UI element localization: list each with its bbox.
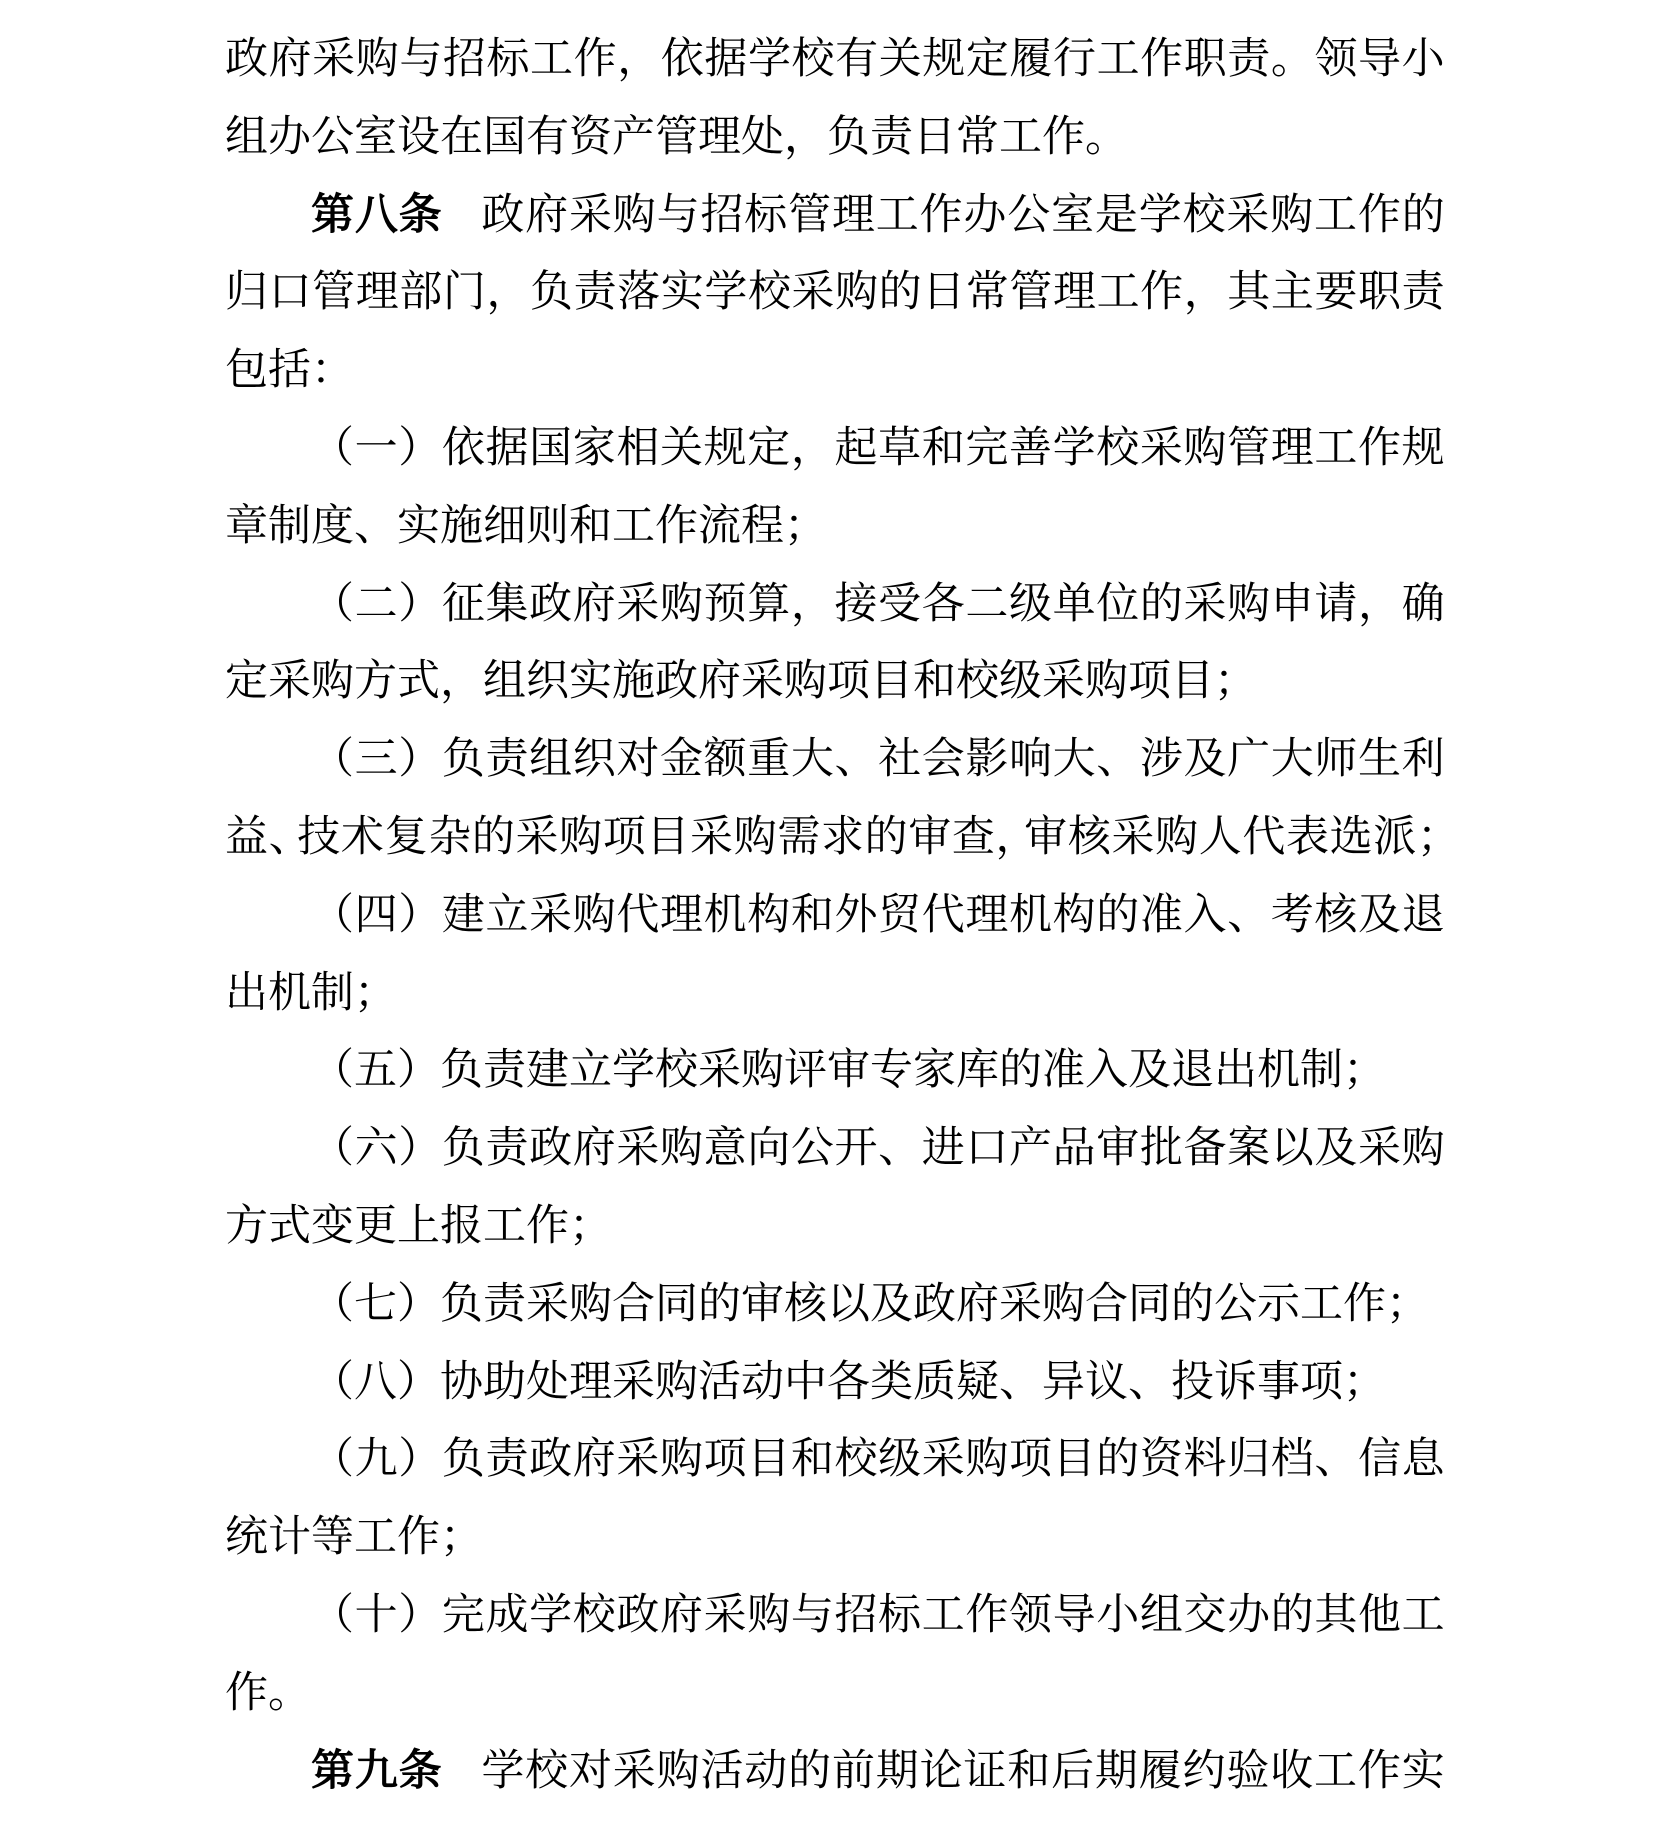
text-char: 定 xyxy=(966,21,1009,99)
text-char: 作 xyxy=(920,177,963,255)
text-char: 购 xyxy=(784,643,827,721)
text-char: 作 xyxy=(1358,1733,1401,1811)
text-char: 校 xyxy=(792,21,835,99)
text-line: （五）负责建立学校采购评审专家库的准入及退出机制； xyxy=(225,1032,1445,1110)
text-line: （十）完成学校政府采购与招标工作领导小组交办的其他工 xyxy=(225,1577,1445,1655)
text-char: 征 xyxy=(442,566,485,644)
text-char: 出 xyxy=(225,955,268,1033)
text-char: 则 xyxy=(526,488,569,566)
text-char: 。 xyxy=(268,1655,311,1733)
text-char: 学 xyxy=(529,1577,572,1655)
text-char: ， xyxy=(440,643,483,721)
text-char: 工 xyxy=(1097,254,1140,332)
text-char: 审 xyxy=(741,1266,784,1344)
text-char: 工 xyxy=(530,21,573,99)
text-char: 等 xyxy=(311,1499,354,1577)
text-char: ， xyxy=(1184,254,1227,332)
text-char: 行 xyxy=(1053,21,1096,99)
text-char: 公 xyxy=(1007,177,1050,255)
text-char: ； xyxy=(1386,1266,1429,1344)
text-char: ， xyxy=(486,254,529,332)
text-char: 作 xyxy=(225,1655,268,1733)
text-char: 、 xyxy=(269,799,297,877)
text-char: 作 xyxy=(1140,21,1183,99)
text-char: 作 xyxy=(1042,99,1085,177)
text-char: 公 xyxy=(791,1110,834,1188)
text-char: 利 xyxy=(1402,721,1445,799)
text-char: 括 xyxy=(268,332,311,410)
text-char: 类 xyxy=(870,1344,913,1422)
text-char: 的 xyxy=(999,1032,1042,1110)
text-char: 机 xyxy=(704,877,747,955)
text-char: 作 xyxy=(965,1577,1008,1655)
text-char: 作 xyxy=(574,21,617,99)
text-char: 校 xyxy=(573,1577,616,1655)
text-char: 小 xyxy=(1402,21,1445,99)
text-char: 位 xyxy=(1096,566,1139,644)
text-char: 备 xyxy=(1184,1110,1227,1188)
text-char: 大 xyxy=(1271,721,1314,799)
text-char: 七 xyxy=(354,1266,397,1344)
text-char: 关 xyxy=(879,21,922,99)
text-char: 购 xyxy=(569,1266,612,1344)
text-char: 理 xyxy=(660,877,703,955)
text-char: 确 xyxy=(1402,566,1445,644)
text-char: （ xyxy=(311,1577,354,1655)
text-char: 相 xyxy=(616,410,659,488)
text-char: 工 xyxy=(483,1188,526,1266)
text-char: 管 xyxy=(1227,410,1270,488)
text-char: 的 xyxy=(698,1266,741,1344)
text-char: 四 xyxy=(355,877,398,955)
text-char: 据 xyxy=(486,410,529,488)
text-char: 开 xyxy=(835,1110,878,1188)
text-char: ） xyxy=(397,1032,440,1110)
text-char: 审 xyxy=(908,799,951,877)
text-char: 信 xyxy=(1358,1421,1401,1499)
text-char: 证 xyxy=(963,1733,1006,1811)
text-char: 校 xyxy=(655,1032,698,1110)
text-char: 上 xyxy=(397,1188,440,1266)
text-char: ； xyxy=(1417,799,1445,877)
text-char: 核 xyxy=(1314,877,1357,955)
text-char: 各 xyxy=(827,1344,870,1422)
text-line: 政府采购与招标工作，依据学校有关规定履行工作职责。领导小 xyxy=(225,21,1445,99)
text-char: 理 xyxy=(698,99,741,177)
text-char: 政 xyxy=(225,21,268,99)
text-char: 府 xyxy=(956,1266,999,1344)
text-char: 理 xyxy=(965,877,1008,955)
text-char: 术 xyxy=(341,799,384,877)
text-char: 履 xyxy=(1139,1733,1182,1811)
text-char: 的 xyxy=(788,1733,831,1811)
text-char: 及 xyxy=(870,1266,913,1344)
text-char: 日 xyxy=(922,254,965,332)
text-char: 度 xyxy=(311,488,354,566)
text-char: 完 xyxy=(442,1577,485,1655)
text-char: 领 xyxy=(1009,1577,1052,1655)
text-char: （ xyxy=(311,1266,354,1344)
text-char: 八 xyxy=(354,1344,397,1422)
text-char: 职 xyxy=(1184,21,1227,99)
text-char: 办 xyxy=(268,99,311,177)
text-char: 项 xyxy=(827,643,870,721)
text-char: 门 xyxy=(443,254,486,332)
text-char: ） xyxy=(398,1421,441,1499)
text-char: （ xyxy=(311,1344,354,1422)
text-char: 的 xyxy=(1271,1577,1314,1655)
text-char: 国 xyxy=(529,410,572,488)
text-line: 归口管理部门，负责落实学校采购的日常管理工作，其主要职责 xyxy=(225,254,1445,332)
text-char: ； xyxy=(784,488,827,566)
text-line: 章制度、实施细则和工作流程； xyxy=(225,488,1445,566)
document-page: 政府采购与招标工作，依据学校有关规定履行工作职责。领导小组办公室设在国有资产管理… xyxy=(0,0,1654,1844)
text-char: 学 xyxy=(1139,177,1182,255)
text-char: 理 xyxy=(1053,254,1096,332)
text-char: 责 xyxy=(483,1266,526,1344)
text-char: 验 xyxy=(1226,1733,1269,1811)
text-char: 受 xyxy=(878,566,921,644)
text-char: 审 xyxy=(1096,1110,1139,1188)
text-char: 额 xyxy=(704,721,747,799)
text-char: 作 xyxy=(1358,177,1401,255)
text-char: 进 xyxy=(922,1110,965,1188)
text-char: 政 xyxy=(616,1577,659,1655)
text-char: 管 xyxy=(312,254,355,332)
text-char: （ xyxy=(311,410,354,488)
text-char: 、 xyxy=(878,1110,921,1188)
text-char: 口 xyxy=(269,254,312,332)
text-char: 大 xyxy=(791,721,834,799)
text-char: 工 xyxy=(354,1499,397,1577)
text-char: 以 xyxy=(1271,1110,1314,1188)
text-char: 管 xyxy=(1009,254,1052,332)
text-char: 章 xyxy=(225,488,268,566)
article-heading-char: 八 xyxy=(355,177,398,255)
text-char: 资 xyxy=(569,99,612,177)
text-char: 意 xyxy=(704,1110,747,1188)
text-char: 他 xyxy=(1358,1577,1401,1655)
text-char: ） xyxy=(398,1110,441,1188)
text-char: 产 xyxy=(612,99,655,177)
text-char: 统 xyxy=(225,1499,268,1577)
text-line: 益、技术复杂的采购项目采购需求的审查，审核采购人代表选派； xyxy=(225,799,1445,877)
text-char: 流 xyxy=(698,488,741,566)
text-char: 采 xyxy=(616,1421,659,1499)
text-char: 质 xyxy=(913,1344,956,1422)
text-char: 施 xyxy=(612,643,655,721)
text-char: 负 xyxy=(440,1032,483,1110)
text-char: 作 xyxy=(1140,254,1183,332)
text-char: 中 xyxy=(784,1344,827,1422)
text-char: 工 xyxy=(1300,1266,1343,1344)
text-char: 考 xyxy=(1271,877,1314,955)
text-line: 组办公室设在国有资产管理处，负责日常工作。 xyxy=(225,99,1445,177)
text-char: 准 xyxy=(1042,1032,1085,1110)
text-char: 织 xyxy=(573,721,616,799)
text-char: 和 xyxy=(1007,1733,1050,1811)
text-char: 职 xyxy=(1358,254,1401,332)
text-char: 和 xyxy=(913,643,956,721)
text-char: 责 xyxy=(483,1032,526,1110)
text-char: ， xyxy=(791,410,834,488)
text-char: 申 xyxy=(1271,566,1314,644)
text-char: 的 xyxy=(1140,566,1183,644)
text-char: 级 xyxy=(878,1421,921,1499)
text-char: 采 xyxy=(690,799,733,877)
text-line: 包括： xyxy=(225,332,1445,410)
text-char: 购 xyxy=(660,1110,703,1188)
text-char: 归 xyxy=(225,254,268,332)
text-char: 政 xyxy=(655,643,698,721)
text-char: 请 xyxy=(1314,566,1357,644)
text-char: 规 xyxy=(704,410,747,488)
text-char: 同 xyxy=(655,1266,698,1344)
text-char: 和 xyxy=(922,410,965,488)
text-char: 级 xyxy=(1009,566,1052,644)
text-char: 方 xyxy=(225,1188,268,1266)
text-char: 采 xyxy=(1358,1110,1401,1188)
text-char: 退 xyxy=(1402,877,1445,955)
text-char: 府 xyxy=(269,21,312,99)
text-char: 的 xyxy=(1096,877,1139,955)
text-char: 十 xyxy=(355,1577,398,1655)
text-char: 政 xyxy=(913,1266,956,1344)
text-char: 项 xyxy=(1009,1421,1052,1499)
text-char: 目 xyxy=(646,799,689,877)
text-char: 府 xyxy=(660,1577,703,1655)
text-char: 库 xyxy=(956,1032,999,1110)
text-line: （八）协助处理采购活动中各类质疑、异议、投诉事项； xyxy=(225,1344,1445,1422)
text-char: 变 xyxy=(311,1188,354,1266)
text-char: （ xyxy=(311,877,354,955)
text-char: 领 xyxy=(1314,21,1357,99)
text-char: 立 xyxy=(486,877,529,955)
text-char: 与 xyxy=(657,177,700,255)
text-char: 代 xyxy=(616,877,659,955)
text-char: 公 xyxy=(311,99,354,177)
text-char: 规 xyxy=(1402,410,1445,488)
text-char: 组 xyxy=(483,643,526,721)
text-char: 约 xyxy=(1183,1733,1226,1811)
text-char: 和 xyxy=(569,488,612,566)
text-line: 第九条学校对采购活动的前期论证和后期履约验收工作实 xyxy=(225,1733,1445,1811)
document-body: 政府采购与招标工作，依据学校有关规定履行工作职责。领导小组办公室设在国有资产管理… xyxy=(225,21,1445,1810)
text-char: 校 xyxy=(835,1421,878,1499)
text-char: 同 xyxy=(1128,1266,1171,1344)
text-char: 各 xyxy=(922,566,965,644)
text-char: 标 xyxy=(744,177,787,255)
text-char: 有 xyxy=(526,99,569,177)
text-char: （ xyxy=(311,721,354,799)
text-char: 作 xyxy=(526,1188,569,1266)
text-char: 师 xyxy=(1314,721,1357,799)
text-char: 包 xyxy=(225,332,268,410)
text-char: 小 xyxy=(1096,1577,1139,1655)
text-char: 采 xyxy=(312,21,355,99)
text-char: 的 xyxy=(879,254,922,332)
text-char: 响 xyxy=(1009,721,1052,799)
article-heading-char: 第 xyxy=(311,177,354,255)
text-char: 目 xyxy=(747,1421,790,1499)
text-char: 后 xyxy=(1051,1733,1094,1811)
text-char: 的 xyxy=(1171,1266,1214,1344)
text-char: 建 xyxy=(526,1032,569,1110)
text-char: 负 xyxy=(827,99,870,177)
text-char: （ xyxy=(311,1421,354,1499)
text-char: 复 xyxy=(385,799,428,877)
text-char: 协 xyxy=(440,1344,483,1422)
text-char: 室 xyxy=(354,99,397,177)
text-char: 专 xyxy=(870,1032,913,1110)
text-char: 日 xyxy=(913,99,956,177)
text-char: ： xyxy=(311,332,354,410)
text-char: ） xyxy=(398,877,441,955)
text-char: ） xyxy=(397,1266,440,1344)
text-char: 代 xyxy=(922,877,965,955)
text-char: 社 xyxy=(878,721,921,799)
text-char: 作 xyxy=(1343,1266,1386,1344)
text-char: 采 xyxy=(1111,799,1154,877)
text-char: 式 xyxy=(397,643,440,721)
text-char: 对 xyxy=(616,721,659,799)
text-char: ， xyxy=(1358,566,1401,644)
text-char: 和 xyxy=(791,1421,834,1499)
text-char: 论 xyxy=(920,1733,963,1811)
text-char: 核 xyxy=(1068,799,1111,877)
text-char: 程 xyxy=(741,488,784,566)
text-char: 项 xyxy=(1300,1344,1343,1422)
text-line: 作。 xyxy=(225,1655,1445,1733)
text-char: 责 xyxy=(870,99,913,177)
text-line: （六）负责政府采购意向公开、进口产品审批备案以及采购 xyxy=(225,1110,1445,1188)
text-char: 及 xyxy=(1358,877,1401,955)
text-char: 实 xyxy=(661,254,704,332)
text-char: 责 xyxy=(486,1421,529,1499)
text-char: 管 xyxy=(655,99,698,177)
text-char: 级 xyxy=(999,643,1042,721)
text-char: （ xyxy=(311,1110,354,1188)
text-char: 制 xyxy=(268,488,311,566)
text-char: 诉 xyxy=(1214,1344,1257,1422)
text-char: 二 xyxy=(355,566,398,644)
text-char: 审 xyxy=(1024,799,1067,877)
text-char: 购 xyxy=(660,566,703,644)
text-char: 采 xyxy=(569,177,612,255)
text-char: 采 xyxy=(616,1110,659,1188)
text-char: 广 xyxy=(1227,721,1270,799)
text-char: 草 xyxy=(878,410,921,488)
text-char: 工 xyxy=(876,177,919,255)
text-char: 常 xyxy=(966,254,1009,332)
text-char: 益 xyxy=(225,799,268,877)
text-char: 口 xyxy=(965,1110,1008,1188)
text-char: ； xyxy=(569,1188,612,1266)
text-char: 责 xyxy=(1402,254,1445,332)
text-char: 导 xyxy=(1053,1577,1096,1655)
text-char: 主 xyxy=(1271,254,1314,332)
text-char: 五 xyxy=(354,1032,397,1110)
text-char: 国 xyxy=(483,99,526,177)
text-char: 工 xyxy=(1314,177,1357,255)
text-char: 部 xyxy=(399,254,442,332)
text-line: （七）负责采购合同的审核以及政府采购合同的公示工作； xyxy=(225,1266,1445,1344)
text-char: 购 xyxy=(356,21,399,99)
text-char: 求 xyxy=(821,799,864,877)
text-char: 校 xyxy=(1096,410,1139,488)
text-char: 购 xyxy=(655,1344,698,1422)
text-char: 招 xyxy=(443,21,486,99)
text-char: 关 xyxy=(660,410,703,488)
text-char: 理 xyxy=(832,177,875,255)
text-char: 购 xyxy=(1227,566,1270,644)
text-char: 购 xyxy=(573,877,616,955)
text-char: 工 xyxy=(1402,1577,1445,1655)
text-char: （ xyxy=(311,566,354,644)
text-char: 评 xyxy=(784,1032,827,1110)
text-char: 政 xyxy=(481,177,524,255)
text-char: 查 xyxy=(952,799,995,877)
text-char: 向 xyxy=(747,1110,790,1188)
text-char: 负 xyxy=(442,1421,485,1499)
text-line: 定采购方式，组织实施政府采购项目和校级采购项目； xyxy=(225,643,1445,721)
text-char: 购 xyxy=(1085,643,1128,721)
text-char: 办 xyxy=(1227,1577,1270,1655)
text-char: 府 xyxy=(525,177,568,255)
text-char: 定 xyxy=(747,410,790,488)
text-char: 其 xyxy=(1227,254,1270,332)
text-char: 完 xyxy=(965,410,1008,488)
text-char: ） xyxy=(398,721,441,799)
text-char: 贸 xyxy=(878,877,921,955)
text-char: 采 xyxy=(999,1266,1042,1344)
text-char: 品 xyxy=(1053,1110,1096,1188)
text-char: 采 xyxy=(526,1266,569,1344)
text-char: 责 xyxy=(574,254,617,332)
text-char: 资 xyxy=(1140,1421,1183,1499)
text-char: 作 xyxy=(655,488,698,566)
text-char: 项 xyxy=(603,799,646,877)
text-char: 责 xyxy=(486,721,529,799)
text-char: 室 xyxy=(1051,177,1094,255)
text-char: ， xyxy=(617,21,660,99)
text-char: 动 xyxy=(741,1344,784,1422)
text-char: 技 xyxy=(297,799,340,877)
text-line: 第八条政府采购与招标管理工作办公室是学校采购工作的 xyxy=(225,177,1445,255)
text-char: 实 xyxy=(1402,1733,1445,1811)
text-char: 档 xyxy=(1271,1421,1314,1499)
text-char: 案 xyxy=(1227,1110,1270,1188)
text-char: 学 xyxy=(1053,410,1096,488)
text-char: 负 xyxy=(530,254,573,332)
text-char: 的 xyxy=(1402,177,1445,255)
text-char: 工 xyxy=(1314,410,1357,488)
text-char: 工 xyxy=(922,1577,965,1655)
text-char: 疑 xyxy=(956,1344,999,1422)
text-char: 事 xyxy=(1257,1344,1300,1422)
text-char: 核 xyxy=(784,1266,827,1344)
text-line: 出机制； xyxy=(225,955,1445,1033)
text-char: 处 xyxy=(526,1344,569,1422)
article-heading-char: 九 xyxy=(355,1733,398,1811)
text-char: 采 xyxy=(698,1032,741,1110)
text-char: 招 xyxy=(835,1577,878,1655)
text-char: 校 xyxy=(748,254,791,332)
text-char: 作 xyxy=(1358,410,1401,488)
text-char: 报 xyxy=(440,1188,483,1266)
text-char: 构 xyxy=(1053,877,1096,955)
text-char: 项 xyxy=(704,1421,747,1499)
